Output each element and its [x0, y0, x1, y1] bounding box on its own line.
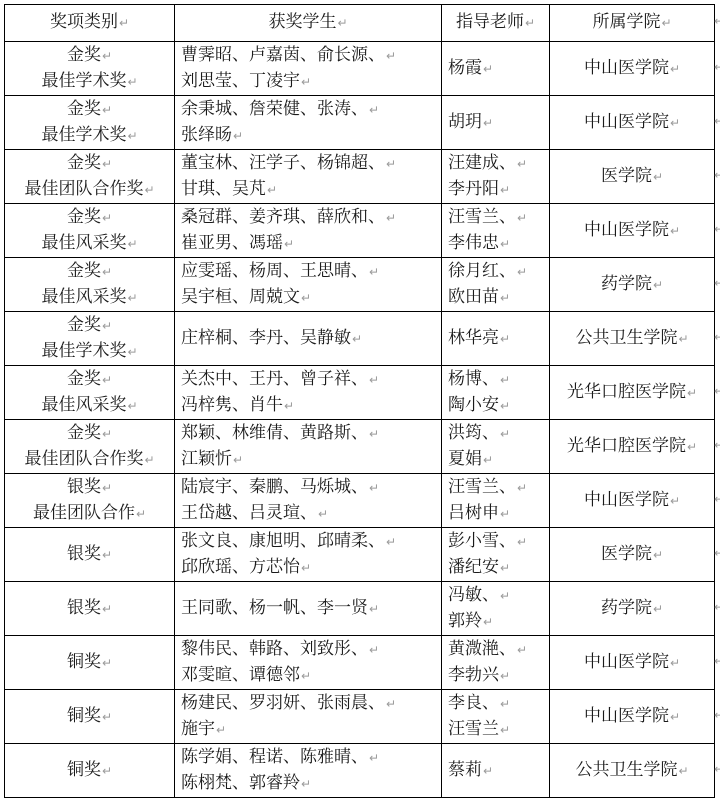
award-students-text: 冯梓隽、肖牛	[181, 395, 283, 415]
paragraph-mark-icon: ↵	[233, 129, 243, 143]
award-college: 中山医学院↵	[550, 204, 715, 258]
award-college-text: 药学院	[601, 598, 652, 618]
paragraph-mark-icon: ↵	[687, 386, 697, 400]
award-college-text: 医学院	[601, 166, 652, 186]
award-teachers-text: 汪雪兰、	[448, 477, 516, 497]
award-category-text: 最佳团队合作奖	[24, 449, 143, 469]
award-college: 医学院↵	[550, 528, 715, 582]
award-teachers: 徐月红、↵欧田苗↵	[442, 258, 550, 312]
award-teachers-text: 潘纪安	[448, 557, 499, 577]
paragraph-mark-icon: ↵	[670, 116, 680, 130]
award-teachers-text: 胡玥	[448, 112, 482, 132]
award-teachers-text: 汪雪兰	[448, 719, 499, 739]
award-category-text: 金奖	[67, 207, 101, 227]
award-category-text: 最佳团队合作奖	[24, 179, 143, 199]
award-teachers: 彭小雪、↵潘纪安↵	[442, 528, 550, 582]
award-category-text: 金奖	[67, 423, 101, 443]
award-category: 铜奖↵	[5, 636, 175, 690]
paragraph-mark-icon: ↵	[517, 211, 527, 225]
paragraph-mark-icon: ↵	[369, 643, 379, 657]
award-category-text: 金奖	[67, 45, 101, 65]
paragraph-mark-icon: ↵	[136, 507, 146, 521]
award-college-text: 光华口腔医学院	[567, 436, 686, 456]
paragraph-mark-icon: ↵	[102, 49, 112, 63]
award-teachers-text: 李丹阳	[448, 179, 499, 199]
paragraph-mark-icon: ↵	[102, 157, 112, 171]
award-teachers: 蔡莉↵	[442, 744, 550, 798]
award-category: 金奖↵最佳学术奖↵	[5, 96, 175, 150]
award-students-text: 陈栩梵、郭睿羚	[181, 773, 300, 793]
awards-table: 奖项类别↵ 获奖学生↵ 指导老师↵ 所属学院↵ 金奖↵最佳学术奖↵曹霁昭、卢嘉茵…	[4, 4, 715, 798]
paragraph-mark-icon: ↵	[386, 697, 396, 711]
paragraph-mark-icon: ↵	[670, 224, 680, 238]
award-teachers: 胡玥↵	[442, 96, 550, 150]
award-students: 杨建民、罗羽妍、张雨晨、↵施宇↵	[175, 690, 442, 744]
paragraph-mark-icon: ↵	[102, 427, 112, 441]
paragraph-mark-icon: ↵	[301, 561, 311, 575]
award-teachers-text: 夏娟	[448, 449, 482, 469]
award-students-text: 张绎旸	[181, 125, 232, 145]
paragraph-mark-icon: ↵	[483, 453, 493, 467]
award-category-text: 铜奖	[67, 706, 101, 726]
award-teachers-text: 欧田苗	[448, 287, 499, 307]
paragraph-mark-icon: ↵	[102, 602, 112, 616]
award-teachers: 李良、↵汪雪兰↵	[442, 690, 550, 744]
paragraph-mark-icon: ↵	[500, 373, 510, 387]
award-students-text: 庄梓桐、李丹、吴静敏	[181, 328, 351, 348]
award-college: 光华口腔医学院↵	[550, 420, 715, 474]
paragraph-mark-icon: ↵	[525, 16, 535, 30]
row-end-mark-icon: ↵	[714, 546, 720, 560]
award-category-text: 银奖	[67, 598, 101, 618]
paragraph-mark-icon: ↵	[517, 157, 527, 171]
award-students-text: 邱欣瑶、方芯怡	[181, 557, 300, 577]
award-students-text: 王同歌、杨一帆、李一贤	[181, 598, 368, 618]
award-category: 金奖↵最佳学术奖↵	[5, 312, 175, 366]
award-teachers-text: 郭羚	[448, 611, 482, 631]
award-students: 应雯瑶、杨周、王思晴、↵吴宇桓、周兢文↵	[175, 258, 442, 312]
award-category: 金奖↵最佳学术奖↵	[5, 42, 175, 96]
award-category-text: 最佳学术奖	[41, 341, 126, 361]
award-students-text: 余秉城、詹荣健、张涛、	[181, 99, 368, 119]
award-teachers: 冯敏、↵郭羚↵	[442, 582, 550, 636]
award-students: 陈学娟、程诺、陈雅晴、↵陈栩梵、郭睿羚↵	[175, 744, 442, 798]
paragraph-mark-icon: ↵	[102, 103, 112, 117]
paragraph-mark-icon: ↵	[301, 777, 311, 791]
award-teachers-text: 洪筠、	[448, 423, 499, 443]
paragraph-mark-icon: ↵	[500, 332, 510, 346]
paragraph-mark-icon: ↵	[284, 237, 294, 251]
paragraph-mark-icon: ↵	[483, 62, 493, 76]
table-row: 铜奖↵陈学娟、程诺、陈雅晴、↵陈栩梵、郭睿羚↵蔡莉↵公共卫生学院↵	[5, 744, 715, 798]
award-category: 金奖↵最佳风采奖↵	[5, 204, 175, 258]
award-college: 光华口腔医学院↵	[550, 366, 715, 420]
paragraph-mark-icon: ↵	[301, 669, 311, 683]
paragraph-mark-icon: ↵	[369, 751, 379, 765]
award-college: 中山医学院↵	[550, 96, 715, 150]
award-teachers: 林华亮↵	[442, 312, 550, 366]
award-category-text: 最佳风采奖	[41, 395, 126, 415]
table-row: 银奖↵最佳团队合作↵陆宸宇、秦鹏、马烁城、↵王岱越、吕灵瑄、↵汪雪兰、↵吕树申↵…	[5, 474, 715, 528]
paragraph-mark-icon: ↵	[127, 129, 137, 143]
paragraph-mark-icon: ↵	[369, 427, 379, 441]
paragraph-mark-icon: ↵	[500, 723, 510, 737]
award-teachers-text: 林华亮	[448, 328, 499, 348]
row-end-mark-icon: ↵	[714, 14, 720, 28]
award-category: 金奖↵最佳团队合作奖↵	[5, 420, 175, 474]
award-teachers: 汪建成、↵李丹阳↵	[442, 150, 550, 204]
award-students: 董宝林、汪学子、杨锦超、↵甘琪、吴芃↵	[175, 150, 442, 204]
award-students: 陆宸宇、秦鹏、马烁城、↵王岱越、吕灵瑄、↵	[175, 474, 442, 528]
award-students: 曹霁昭、卢嘉茵、俞长源、↵刘思莹、丁凌宇↵	[175, 42, 442, 96]
paragraph-mark-icon: ↵	[102, 319, 112, 333]
award-students: 黎伟民、韩路、刘致彤、↵邓雯暄、谭德邻↵	[175, 636, 442, 690]
award-teachers-text: 李伟忠	[448, 233, 499, 253]
award-category-text: 最佳学术奖	[41, 125, 126, 145]
award-college: 中山医学院↵	[550, 474, 715, 528]
paragraph-mark-icon: ↵	[500, 669, 510, 683]
paragraph-mark-icon: ↵	[386, 535, 396, 549]
award-teachers-text: 蔡莉	[448, 760, 482, 780]
award-category-text: 最佳团队合作	[33, 503, 135, 523]
award-students-text: 应雯瑶、杨周、王思晴、	[181, 261, 368, 281]
award-category-text: 金奖	[67, 153, 101, 173]
award-students-text: 王岱越、吕灵瑄、	[181, 503, 317, 523]
award-teachers-text: 杨博、	[448, 369, 499, 389]
paragraph-mark-icon: ↵	[127, 399, 137, 413]
paragraph-mark-icon: ↵	[102, 656, 112, 670]
paragraph-mark-icon: ↵	[483, 764, 493, 778]
paragraph-mark-icon: ↵	[127, 237, 137, 251]
row-end-mark-icon: ↵	[714, 276, 720, 290]
award-teachers-text: 徐月红、	[448, 261, 516, 281]
award-students: 庄梓桐、李丹、吴静敏↵	[175, 312, 442, 366]
award-category-text: 银奖	[67, 477, 101, 497]
award-college-text: 公共卫生学院	[575, 760, 677, 780]
award-college: 公共卫生学院↵	[550, 744, 715, 798]
award-students-text: 陆宸宇、秦鹏、马烁城、	[181, 477, 368, 497]
award-college: 公共卫生学院↵	[550, 312, 715, 366]
award-category: 铜奖↵	[5, 690, 175, 744]
header-teachers: 指导老师↵	[442, 5, 550, 42]
row-end-mark-icon: ↵	[714, 60, 720, 74]
paragraph-mark-icon: ↵	[517, 481, 527, 495]
paragraph-mark-icon: ↵	[517, 535, 527, 549]
award-college: 医学院↵	[550, 150, 715, 204]
award-teachers-text: 冯敏、	[448, 585, 499, 605]
award-students-text: 郑颖、林维倩、黄路斯、	[181, 423, 368, 443]
award-teachers-text: 李勃兴	[448, 665, 499, 685]
award-students-text: 甘琪、吴芃	[181, 179, 266, 199]
award-college-text: 中山医学院	[584, 706, 669, 726]
award-teachers: 杨霞↵	[442, 42, 550, 96]
paragraph-mark-icon: ↵	[102, 548, 112, 562]
award-students-text: 关杰中、王丹、曾子祥、	[181, 369, 368, 389]
paragraph-mark-icon: ↵	[369, 265, 379, 279]
paragraph-mark-icon: ↵	[670, 494, 680, 508]
award-category-text: 铜奖	[67, 652, 101, 672]
award-college: 中山医学院↵	[550, 42, 715, 96]
paragraph-mark-icon: ↵	[500, 589, 510, 603]
award-category: 铜奖↵	[5, 744, 175, 798]
paragraph-mark-icon: ↵	[102, 265, 112, 279]
award-students-text: 曹霁昭、卢嘉茵、俞长源、	[181, 45, 385, 65]
award-category-text: 最佳学术奖	[41, 71, 126, 91]
award-college-text: 中山医学院	[584, 58, 669, 78]
award-teachers-text: 杨霞	[448, 58, 482, 78]
paragraph-mark-icon: ↵	[144, 453, 154, 467]
award-college: 药学院↵	[550, 258, 715, 312]
paragraph-mark-icon: ↵	[670, 62, 680, 76]
paragraph-mark-icon: ↵	[678, 764, 688, 778]
paragraph-mark-icon: ↵	[102, 481, 112, 495]
row-end-mark-icon: ↵	[714, 114, 720, 128]
table-row: 铜奖↵杨建民、罗羽妍、张雨晨、↵施宇↵李良、↵汪雪兰↵中山医学院↵	[5, 690, 715, 744]
paragraph-mark-icon: ↵	[102, 710, 112, 724]
award-category: 金奖↵最佳团队合作奖↵	[5, 150, 175, 204]
award-category-text: 最佳风采奖	[41, 287, 126, 307]
award-students-text: 桑冠群、姜齐琪、薛欣和、	[181, 207, 385, 227]
row-end-mark-icon: ↵	[714, 762, 720, 776]
row-end-mark-icon: ↵	[714, 384, 720, 398]
paragraph-mark-icon: ↵	[267, 183, 277, 197]
award-students-text: 邓雯暄、谭德邻	[181, 665, 300, 685]
paragraph-mark-icon: ↵	[517, 265, 527, 279]
header-college: 所属学院↵	[550, 5, 715, 42]
paragraph-mark-icon: ↵	[500, 183, 510, 197]
paragraph-mark-icon: ↵	[102, 373, 112, 387]
paragraph-mark-icon: ↵	[301, 291, 311, 305]
award-college-text: 光华口腔医学院	[567, 382, 686, 402]
table-row: 银奖↵王同歌、杨一帆、李一贤↵冯敏、↵郭羚↵药学院↵	[5, 582, 715, 636]
award-students: 王同歌、杨一帆、李一贤↵	[175, 582, 442, 636]
award-college: 药学院↵	[550, 582, 715, 636]
table-row: 金奖↵最佳团队合作奖↵董宝林、汪学子、杨锦超、↵甘琪、吴芃↵汪建成、↵李丹阳↵医…	[5, 150, 715, 204]
award-students-text: 崔亚男、馮瑶	[181, 233, 283, 253]
paragraph-mark-icon: ↵	[653, 170, 663, 184]
award-teachers: 杨博、↵陶小安↵	[442, 366, 550, 420]
award-college-text: 医学院	[601, 544, 652, 564]
paragraph-mark-icon: ↵	[369, 373, 379, 387]
paragraph-mark-icon: ↵	[661, 16, 671, 30]
award-category: 银奖↵	[5, 582, 175, 636]
paragraph-mark-icon: ↵	[102, 211, 112, 225]
paragraph-mark-icon: ↵	[233, 453, 243, 467]
award-students-text: 董宝林、汪学子、杨锦超、	[181, 153, 385, 173]
paragraph-mark-icon: ↵	[670, 710, 680, 724]
paragraph-mark-icon: ↵	[687, 440, 697, 454]
paragraph-mark-icon: ↵	[337, 16, 347, 30]
table-row: 金奖↵最佳学术奖↵余秉城、詹荣健、张涛、↵张绎旸↵胡玥↵中山医学院↵	[5, 96, 715, 150]
paragraph-mark-icon: ↵	[369, 602, 379, 616]
paragraph-mark-icon: ↵	[127, 75, 137, 89]
row-end-mark-icon: ↵	[714, 708, 720, 722]
award-teachers: 黄溦滟、↵李勃兴↵	[442, 636, 550, 690]
paragraph-mark-icon: ↵	[127, 291, 137, 305]
award-category-text: 银奖	[67, 544, 101, 564]
paragraph-mark-icon: ↵	[119, 16, 129, 30]
paragraph-mark-icon: ↵	[653, 548, 663, 562]
table-body: 金奖↵最佳学术奖↵曹霁昭、卢嘉茵、俞长源、↵刘思莹、丁凌宇↵杨霞↵中山医学院↵金…	[5, 42, 715, 798]
award-teachers-text: 吕树申	[448, 503, 499, 523]
paragraph-mark-icon: ↵	[500, 291, 510, 305]
award-category: 金奖↵最佳风采奖↵	[5, 258, 175, 312]
award-students-text: 杨建民、罗羽妍、张雨晨、	[181, 693, 385, 713]
paragraph-mark-icon: ↵	[500, 399, 510, 413]
paragraph-mark-icon: ↵	[318, 507, 328, 521]
paragraph-mark-icon: ↵	[102, 764, 112, 778]
paragraph-mark-icon: ↵	[653, 602, 663, 616]
paragraph-mark-icon: ↵	[127, 345, 137, 359]
paragraph-mark-icon: ↵	[500, 427, 510, 441]
paragraph-mark-icon: ↵	[369, 481, 379, 495]
award-category-text: 金奖	[67, 315, 101, 335]
paragraph-mark-icon: ↵	[670, 656, 680, 670]
award-teachers-text: 陶小安	[448, 395, 499, 415]
award-college: 中山医学院↵	[550, 636, 715, 690]
row-end-mark-icon: ↵	[714, 492, 720, 506]
award-college-text: 中山医学院	[584, 652, 669, 672]
award-category: 银奖↵	[5, 528, 175, 582]
paragraph-mark-icon: ↵	[352, 332, 362, 346]
award-teachers-text: 汪建成、	[448, 153, 516, 173]
award-teachers: 汪雪兰、↵李伟忠↵	[442, 204, 550, 258]
award-category-text: 金奖	[67, 369, 101, 389]
award-category-text: 最佳风采奖	[41, 233, 126, 253]
paragraph-mark-icon: ↵	[653, 278, 663, 292]
table-row: 金奖↵最佳风采奖↵关杰中、王丹、曾子祥、↵冯梓隽、肖牛↵杨博、↵陶小安↵光华口腔…	[5, 366, 715, 420]
award-college-text: 中山医学院	[584, 112, 669, 132]
paragraph-mark-icon: ↵	[216, 723, 226, 737]
award-students-text: 刘思莹、丁凌宇	[181, 71, 300, 91]
award-students-text: 张文良、康旭明、邱晴柔、	[181, 531, 385, 551]
award-students: 张文良、康旭明、邱晴柔、↵邱欣瑶、方芯怡↵	[175, 528, 442, 582]
award-category-text: 金奖	[67, 261, 101, 281]
award-category: 银奖↵最佳团队合作↵	[5, 474, 175, 528]
award-students: 关杰中、王丹、曾子祥、↵冯梓隽、肖牛↵	[175, 366, 442, 420]
award-students-text: 陈学娟、程诺、陈雅晴、	[181, 747, 368, 767]
row-end-mark-icon: ↵	[714, 654, 720, 668]
award-teachers-text: 彭小雪、	[448, 531, 516, 551]
row-end-mark-icon: ↵	[714, 438, 720, 452]
paragraph-mark-icon: ↵	[386, 49, 396, 63]
paragraph-mark-icon: ↵	[144, 183, 154, 197]
row-end-mark-icon: ↵	[714, 600, 720, 614]
row-end-mark-icon: ↵	[714, 222, 720, 236]
award-students: 余秉城、詹荣健、张涛、↵张绎旸↵	[175, 96, 442, 150]
paragraph-mark-icon: ↵	[483, 116, 493, 130]
header-row: 奖项类别↵ 获奖学生↵ 指导老师↵ 所属学院↵	[5, 5, 715, 42]
award-college-text: 药学院	[601, 274, 652, 294]
paragraph-mark-icon: ↵	[517, 643, 527, 657]
table-row: 金奖↵最佳风采奖↵桑冠群、姜齐琪、薛欣和、↵崔亚男、馮瑶↵汪雪兰、↵李伟忠↵中山…	[5, 204, 715, 258]
award-teachers: 洪筠、↵夏娟↵	[442, 420, 550, 474]
paragraph-mark-icon: ↵	[369, 103, 379, 117]
paragraph-mark-icon: ↵	[301, 75, 311, 89]
award-college-text: 中山医学院	[584, 490, 669, 510]
paragraph-mark-icon: ↵	[284, 399, 294, 413]
award-college: 中山医学院↵	[550, 690, 715, 744]
award-teachers: 汪雪兰、↵吕树申↵	[442, 474, 550, 528]
table-row: 金奖↵最佳风采奖↵应雯瑶、杨周、王思晴、↵吴宇桓、周兢文↵徐月红、↵欧田苗↵药学…	[5, 258, 715, 312]
row-end-mark-icon: ↵	[714, 330, 720, 344]
paragraph-mark-icon: ↵	[386, 157, 396, 171]
award-teachers-text: 黄溦滟、	[448, 639, 516, 659]
paragraph-mark-icon: ↵	[386, 211, 396, 225]
table-row: 金奖↵最佳学术奖↵曹霁昭、卢嘉茵、俞长源、↵刘思莹、丁凌宇↵杨霞↵中山医学院↵	[5, 42, 715, 96]
paragraph-mark-icon: ↵	[500, 697, 510, 711]
award-college-text: 中山医学院	[584, 220, 669, 240]
table-row: 银奖↵张文良、康旭明、邱晴柔、↵邱欣瑶、方芯怡↵彭小雪、↵潘纪安↵医学院↵	[5, 528, 715, 582]
award-students-text: 施宇	[181, 719, 215, 739]
table-row: 金奖↵最佳团队合作奖↵郑颖、林维倩、黄路斯、↵江颖忻↵洪筠、↵夏娟↵光华口腔医学…	[5, 420, 715, 474]
award-students-text: 江颖忻	[181, 449, 232, 469]
table-row: 金奖↵最佳学术奖↵庄梓桐、李丹、吴静敏↵林华亮↵公共卫生学院↵	[5, 312, 715, 366]
award-teachers-text: 汪雪兰、	[448, 207, 516, 227]
table-row: 铜奖↵黎伟民、韩路、刘致彤、↵邓雯暄、谭德邻↵黄溦滟、↵李勃兴↵中山医学院↵	[5, 636, 715, 690]
award-category-text: 铜奖	[67, 760, 101, 780]
row-end-mark-icon: ↵	[714, 168, 720, 182]
award-college-text: 公共卫生学院	[575, 328, 677, 348]
header-category: 奖项类别↵	[5, 5, 175, 42]
award-teachers-text: 李良、	[448, 693, 499, 713]
award-category-text: 金奖	[67, 99, 101, 119]
paragraph-mark-icon: ↵	[483, 615, 493, 629]
paragraph-mark-icon: ↵	[678, 332, 688, 346]
award-students: 桑冠群、姜齐琪、薛欣和、↵崔亚男、馮瑶↵	[175, 204, 442, 258]
award-students-text: 黎伟民、韩路、刘致彤、	[181, 639, 368, 659]
paragraph-mark-icon: ↵	[500, 507, 510, 521]
award-students-text: 吴宇桓、周兢文	[181, 287, 300, 307]
award-students: 郑颖、林维倩、黄路斯、↵江颖忻↵	[175, 420, 442, 474]
award-category: 金奖↵最佳风采奖↵	[5, 366, 175, 420]
paragraph-mark-icon: ↵	[500, 237, 510, 251]
paragraph-mark-icon: ↵	[500, 561, 510, 575]
header-students: 获奖学生↵	[175, 5, 442, 42]
